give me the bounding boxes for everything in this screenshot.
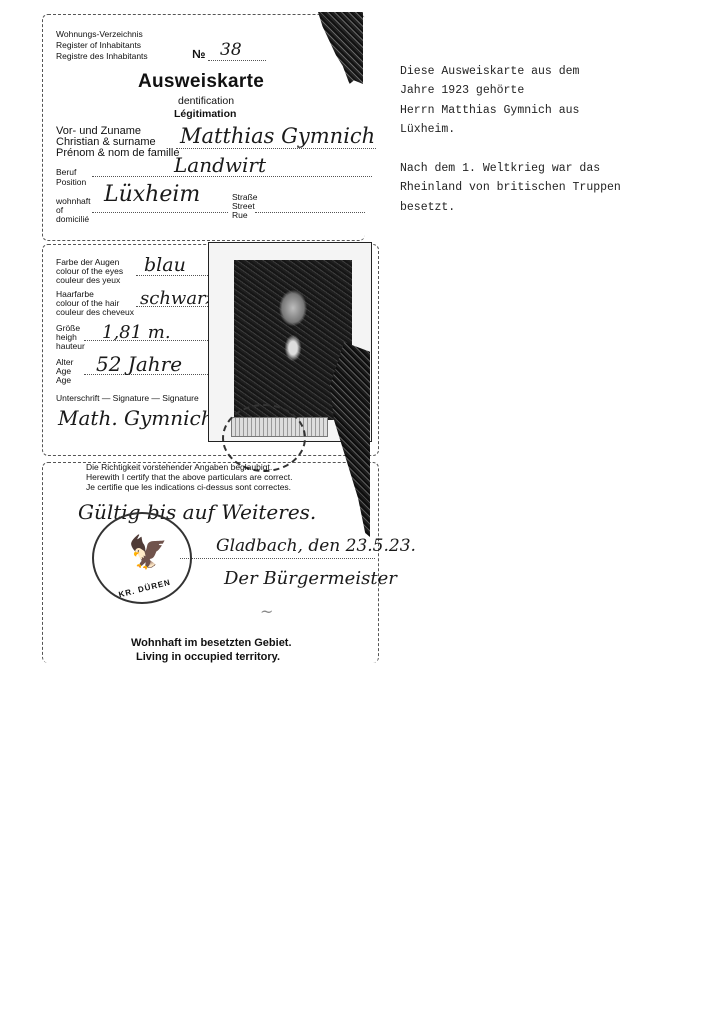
- footer-de: Wohnhaft im besetzten Gebiet.: [131, 638, 292, 649]
- street-label-fr: Rue: [232, 211, 248, 221]
- height-value: 1,81 m.: [102, 324, 171, 342]
- hair-label-fr: couleur des cheveux: [56, 308, 134, 318]
- number-label: №: [192, 48, 205, 60]
- caption-line: Herrn Matthias Gymnich aus: [400, 101, 700, 120]
- number-line: [208, 60, 266, 61]
- hair-value: schwarz: [140, 290, 215, 308]
- card-subtitle-en: dentification: [178, 96, 234, 107]
- name-line: [176, 148, 376, 149]
- place-date: Gladbach, den 23.5.23.: [216, 538, 416, 555]
- eyes-value: blau: [144, 256, 186, 275]
- age-value: 52 Jahre: [96, 354, 182, 374]
- stamp-text: KR. DÜREN: [118, 578, 172, 600]
- authority-signature: ~: [260, 604, 273, 620]
- height-label-fr: hauteur: [56, 342, 85, 352]
- position-value: Landwirt: [174, 155, 266, 175]
- municipal-stamp: KR. DÜREN 🦅: [92, 512, 192, 604]
- paragraph-gap: [400, 140, 700, 159]
- card-subtitle-fr: Légitimation: [174, 109, 236, 120]
- domicile-value: Lüxheim: [104, 184, 200, 206]
- street-line: [255, 212, 365, 213]
- caption-line: Diese Ausweiskarte aus dem: [400, 62, 700, 81]
- age-label-fr: Age: [56, 376, 71, 386]
- register-label-en: Register of Inhabitants: [56, 41, 141, 51]
- authority-title: Der Bürgermeister: [224, 570, 397, 588]
- certification-fr: Je certifie que les indications ci-dessu…: [86, 483, 291, 493]
- register-label-de: Wohnungs-Verzeichnis: [56, 30, 143, 40]
- caption-text: Diese Ausweiskarte aus dem Jahre 1923 ge…: [400, 62, 700, 217]
- signature-label: Unterschrift — Signature — Signature: [56, 394, 199, 404]
- name-label-fr: Prénom & nom de famille: [56, 148, 180, 160]
- caption-line: Jahre 1923 gehörte: [400, 81, 700, 100]
- register-number: 38: [220, 42, 242, 59]
- caption-line: besetzt.: [400, 198, 700, 217]
- caption-line: Nach dem 1. Weltkrieg war das: [400, 159, 700, 178]
- signature-value: Math. Gymnich: [58, 408, 214, 428]
- domicile-line: [92, 212, 228, 213]
- caption-line: Lüxheim.: [400, 120, 700, 139]
- footer-en: Living in occupied territory.: [136, 652, 280, 663]
- name-value: Matthias Gymnich: [180, 126, 375, 147]
- eagle-icon: 🦅: [128, 536, 168, 568]
- place-date-line: [180, 558, 375, 559]
- identity-card-scan: Wohnungs-Verzeichnis Register of Inhabit…: [40, 12, 385, 664]
- card-title: Ausweiskarte: [138, 72, 264, 91]
- domicile-label-fr: domicilié: [56, 215, 89, 225]
- position-label-en: Position: [56, 178, 86, 188]
- eyes-label-fr: couleur des yeux: [56, 276, 120, 286]
- caption-line: Rheinland von britischen Truppen: [400, 178, 700, 197]
- register-label-fr: Registre des Inhabitants: [56, 52, 148, 62]
